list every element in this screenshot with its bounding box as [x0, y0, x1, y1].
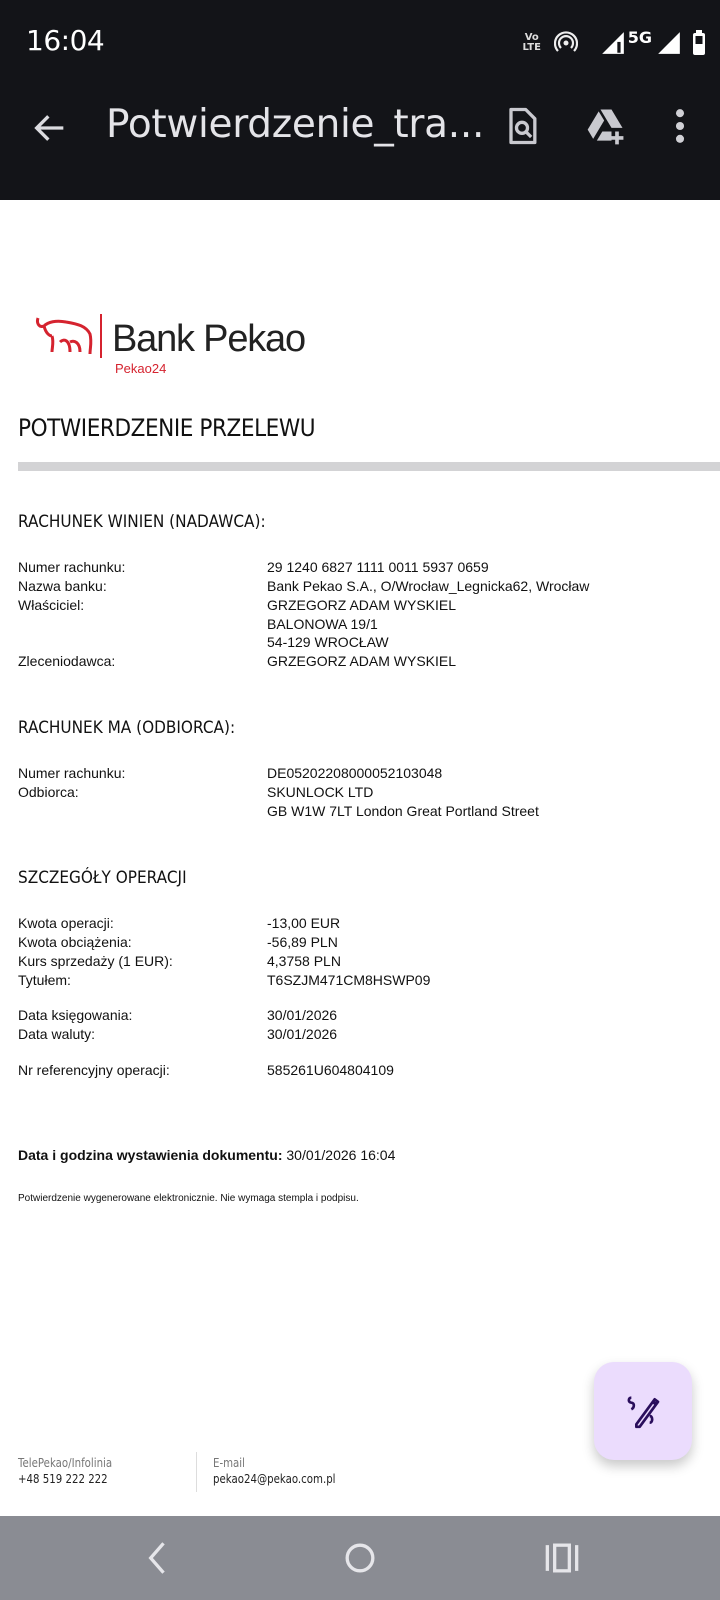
footer-divider	[196, 1452, 197, 1492]
field-row: Kurs sprzedaży (1 EUR):4,3758 PLN	[18, 952, 718, 971]
field-row: BALONOWA 19/1	[18, 615, 718, 634]
status-bar: 16:04 VoLTE 5G	[0, 0, 720, 84]
field-label: Odbiorca:	[18, 783, 79, 802]
field-row: Odbiorca:SKUNLOCK LTD	[18, 783, 718, 802]
field-value: DE05202208000052103048	[267, 764, 442, 783]
field-row: Numer rachunku:29 1240 6827 1111 0011 59…	[18, 558, 718, 577]
document-title: POTWIERDZENIE PRZELEWU	[18, 414, 315, 442]
field-row: Nazwa banku:Bank Pekao S.A., O/Wrocław_L…	[18, 577, 718, 596]
field-label: Kwota obciążenia:	[18, 933, 132, 952]
field-row: Tytułem:T6SZJM471CM8HSWP09	[18, 971, 718, 990]
app-bar: Potwierdzenie_tra...	[0, 84, 720, 200]
pdf-page: Bank Pekao Pekao24 POTWIERDZENIE PRZELEW…	[0, 200, 720, 1516]
issued-datetime: Data i godzina wystawienia dokumentu: 30…	[18, 1147, 395, 1163]
field-label: Zleceniodawca:	[18, 652, 115, 671]
network-type: 5G	[628, 28, 652, 47]
field-row: Nr referencyjny operacji:585261U60480410…	[18, 1061, 718, 1080]
footer-email: E-mail pekao24@pekao.com.pl	[213, 1456, 336, 1486]
status-icons: VoLTE 5G	[520, 26, 706, 60]
field-value: 585261U604804109	[267, 1061, 394, 1080]
sender-heading: RACHUNEK WINIEN (NADAWCA):	[18, 512, 266, 532]
electronic-note: Potwierdzenie wygenerowane elektroniczni…	[18, 1193, 359, 1204]
field-label: Właściciel:	[18, 596, 84, 615]
field-row: Data waluty:30/01/2026	[18, 1025, 718, 1044]
field-label: Kurs sprzedaży (1 EUR):	[18, 952, 173, 971]
field-row: Właściciel:GRZEGORZ ADAM WYSKIEL	[18, 596, 718, 615]
navigation-bar	[0, 1516, 720, 1600]
volte-icon: VoLTE	[520, 33, 544, 53]
nav-home-icon[interactable]	[338, 1536, 382, 1580]
field-row: GB W1W 7LT London Great Portland Street	[18, 802, 718, 821]
logo-separator	[100, 314, 102, 358]
field-row: 54-129 WROCŁAW	[18, 633, 718, 652]
file-title: Potwierdzenie_tra...	[106, 102, 484, 147]
signal-icon	[656, 30, 682, 56]
field-label: Data księgowania:	[18, 1006, 132, 1025]
footer-phone: TelePekao/Infolinia +48 519 222 222	[18, 1456, 112, 1486]
field-label: Data waluty:	[18, 1025, 95, 1044]
nav-recents-icon[interactable]	[540, 1536, 584, 1580]
field-value: 30/01/2026	[267, 1006, 337, 1025]
field-row: Zleceniodawca:GRZEGORZ ADAM WYSKIEL	[18, 652, 718, 671]
field-value: GRZEGORZ ADAM WYSKIEL	[267, 596, 456, 615]
back-arrow-icon[interactable]	[30, 108, 70, 148]
bank-subbrand: Pekao24	[115, 361, 166, 376]
field-label: Kwota operacji:	[18, 914, 114, 933]
nav-back-icon[interactable]	[136, 1536, 180, 1580]
field-label: Nr referencyjny operacji:	[18, 1061, 170, 1080]
field-row: Kwota operacji:-13,00 EUR	[18, 914, 718, 933]
signal-icon	[600, 30, 626, 56]
signature-icon	[623, 1391, 663, 1431]
sign-document-button[interactable]	[594, 1362, 692, 1460]
details-heading: SZCZEGÓŁY OPERACJI	[18, 868, 187, 888]
field-row: Kwota obciążenia:-56,89 PLN	[18, 933, 718, 952]
field-label: Numer rachunku:	[18, 558, 125, 577]
hotspot-icon	[554, 31, 578, 55]
clock: 16:04	[26, 24, 104, 57]
field-row: Numer rachunku:DE05202208000052103048	[18, 764, 718, 783]
field-value: 54-129 WROCŁAW	[267, 633, 389, 652]
field-value: GRZEGORZ ADAM WYSKIEL	[267, 652, 456, 671]
field-value: T6SZJM471CM8HSWP09	[267, 971, 430, 990]
field-value: GB W1W 7LT London Great Portland Street	[267, 802, 539, 821]
field-value: -13,00 EUR	[267, 914, 340, 933]
recipient-heading: RACHUNEK MA (ODBIORCA):	[18, 718, 235, 738]
field-row: Data księgowania:30/01/2026	[18, 1006, 718, 1025]
battery-icon	[692, 30, 706, 56]
field-label: Tytułem:	[18, 971, 71, 990]
bison-logo-icon	[34, 314, 94, 354]
field-value: 4,3758 PLN	[267, 952, 341, 971]
field-value: 30/01/2026	[267, 1025, 337, 1044]
add-to-drive-icon[interactable]	[584, 104, 628, 148]
field-label: Numer rachunku:	[18, 764, 125, 783]
field-value: SKUNLOCK LTD	[267, 783, 373, 802]
field-value: Bank Pekao S.A., O/Wrocław_Legnicka62, W…	[267, 577, 589, 596]
field-value: BALONOWA 19/1	[267, 615, 378, 634]
field-label: Nazwa banku:	[18, 577, 107, 596]
title-divider	[18, 462, 720, 471]
field-value: 29 1240 6827 1111 0011 5937 0659	[267, 558, 489, 577]
more-options-icon[interactable]	[658, 104, 702, 148]
find-in-document-icon[interactable]	[500, 104, 544, 148]
bank-name: Bank Pekao	[112, 318, 305, 361]
field-value: -56,89 PLN	[267, 933, 338, 952]
